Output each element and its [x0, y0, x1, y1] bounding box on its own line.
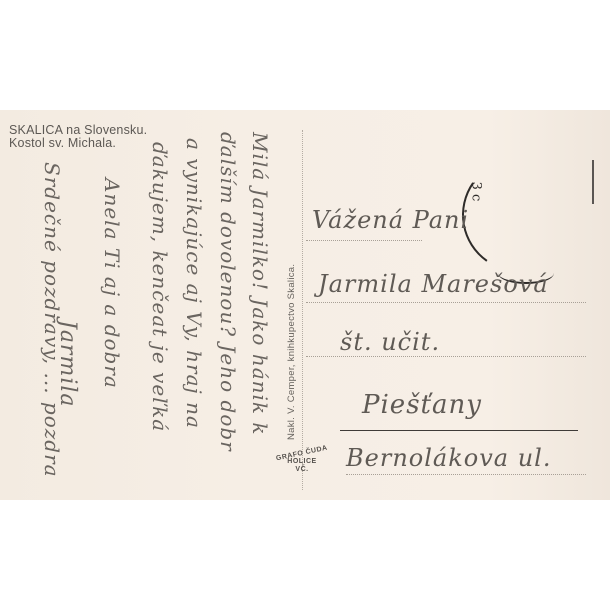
message-line-5: Anela Ti aj a dobra [100, 178, 124, 389]
postcard-back: SKALICA na Slovensku. Kostol sv. Michala… [0, 110, 610, 500]
city-underline [340, 430, 578, 431]
address-line-2 [306, 302, 586, 303]
address-line-3 [306, 356, 586, 357]
vertical-divider [302, 130, 303, 490]
publisher-imprint: Nakl. V. Cemper, knihkupectvo Skalica. [286, 264, 297, 440]
signature: Jarmila [55, 320, 80, 408]
address-salutation: Vážená Pani [312, 206, 469, 234]
address-line-4 [346, 474, 586, 475]
address-title: št. učit. [340, 328, 440, 356]
printer-logo-line-3: VČ. [272, 466, 332, 474]
postmark-arc-right [592, 160, 594, 204]
message-line-1: Milá Jarmilko! Jako hánik k [248, 132, 272, 436]
address-city: Piešťany [362, 390, 482, 420]
address-name: Jarmila Marešová [318, 270, 549, 298]
message-line-2: ďalším dovolenou? Jeho dobr [216, 132, 240, 452]
postmark-text: 3 c [468, 182, 483, 202]
address-line-1 [306, 240, 422, 241]
message-line-4: ďakujem, kenčeat je veľká [148, 142, 172, 432]
address-street: Bernolákova ul. [346, 444, 551, 472]
caption-line-2: Kostol sv. Michala. [9, 137, 147, 150]
message-line-3: a vynikajúce aj Vy, hraj na [182, 138, 206, 429]
printer-logo: GRAFO ČUDA HOLICE VČ. [272, 450, 332, 474]
printed-caption: SKALICA na Slovensku. Kostol sv. Michala… [9, 124, 147, 150]
